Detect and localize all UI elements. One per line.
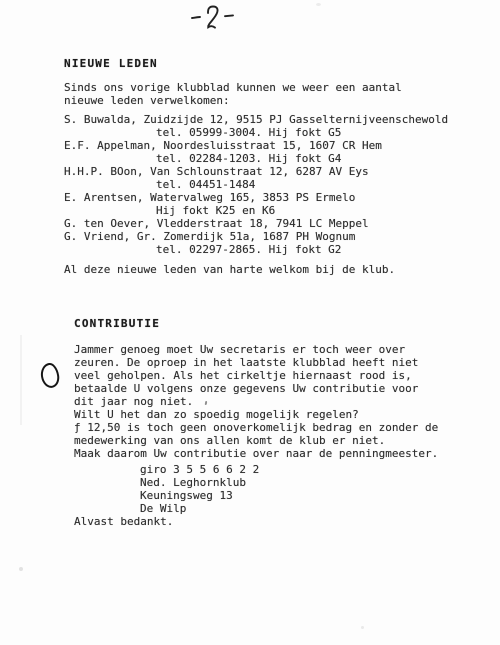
body-line: veel geholpen. Als het cirkeltje hiernaa…	[74, 369, 494, 382]
body-line: medewerking van ons allen komt de klub e…	[74, 434, 494, 447]
payment-details-block: giro 3 5 5 6 6 2 2 Ned. Leghornklub Keun…	[74, 463, 494, 515]
intro-line: Sinds ons vorige klubblad kunnen we weer…	[64, 81, 484, 94]
member-tel-line: tel. 04451-1484	[64, 178, 484, 191]
member-tel-line: tel. 05999-3004. Hij fokt G5	[64, 126, 484, 139]
body-line: Maak daarom Uw contributie over naar de …	[74, 447, 494, 460]
member-tel-line: tel. 02284-1203. Hij fokt G4	[64, 152, 484, 165]
body-line: dit jaar nog niet.	[74, 395, 494, 408]
member-breed-line: Hij fokt K25 en K6	[64, 204, 484, 217]
scan-edge-streak	[20, 335, 22, 425]
contributie-paragraph: Jammer genoeg moet Uw secretaris er toch…	[74, 343, 494, 460]
scan-speck	[361, 626, 364, 629]
member-line: S. Buwalda, Zuidzijde 12, 9515 PJ Gassel…	[64, 113, 484, 126]
section-nieuwe-leden: NIEUWE LEDEN Sinds ons vorige klubblad k…	[64, 57, 484, 276]
handwritten-page-number-icon	[189, 3, 241, 31]
member-line: H.H.P. BOon, Van Schlounstraat 12, 6287 …	[64, 165, 484, 178]
body-line: Jammer genoeg moet Uw secretaris er toch…	[74, 343, 494, 356]
body-line: ƒ 12,50 is toch geen onoverkomelijk bedr…	[74, 421, 494, 434]
payee-street-line: Keuningsweg 13	[74, 489, 494, 502]
scanned-newsletter-page: NIEUWE LEDEN Sinds ons vorige klubblad k…	[0, 0, 500, 645]
member-line: G. Vriend, Gr. Zomerdijk 51a, 1687 PH Wo…	[64, 230, 484, 243]
member-line: E. Arentsen, Watervalweg 165, 3853 PS Er…	[64, 191, 484, 204]
body-line: Wilt U het dan zo spoedig mogelijk regel…	[74, 408, 494, 421]
thanks-closing-line: Alvast bedankt.	[74, 515, 494, 528]
giro-number-line: giro 3 5 5 6 6 2 2	[74, 463, 494, 476]
intro-paragraph: Sinds ons vorige klubblad kunnen we weer…	[64, 81, 484, 107]
payee-city-line: De Wilp	[74, 502, 494, 515]
member-line: G. ten Oever, Vledderstraat 18, 7941 LC …	[64, 217, 484, 230]
body-line: betaalde U volgens onze gegevens Uw cont…	[74, 382, 494, 395]
intro-line: nieuwe leden verwelkomen:	[64, 94, 484, 107]
member-tel-line: tel. 02297-2865. Hij fokt G2	[64, 243, 484, 256]
member-line: E.F. Appelman, Noordesluisstraat 15, 160…	[64, 139, 484, 152]
welcome-closing-line: Al deze nieuwe leden van harte welkom bi…	[64, 263, 484, 276]
body-line: zeuren. De oproep in het laatste klubbla…	[74, 356, 494, 369]
section-contributie: CONTRIBUTIE Jammer genoeg moet Uw secret…	[74, 317, 494, 528]
section-heading: CONTRIBUTIE	[74, 317, 494, 330]
section-heading: NIEUWE LEDEN	[64, 57, 484, 70]
handdrawn-circle-annotation	[39, 362, 61, 390]
member-list: S. Buwalda, Zuidzijde 12, 9515 PJ Gassel…	[64, 113, 484, 256]
payee-name-line: Ned. Leghornklub	[74, 476, 494, 489]
scan-speck	[19, 567, 23, 571]
scan-speck	[316, 3, 321, 6]
